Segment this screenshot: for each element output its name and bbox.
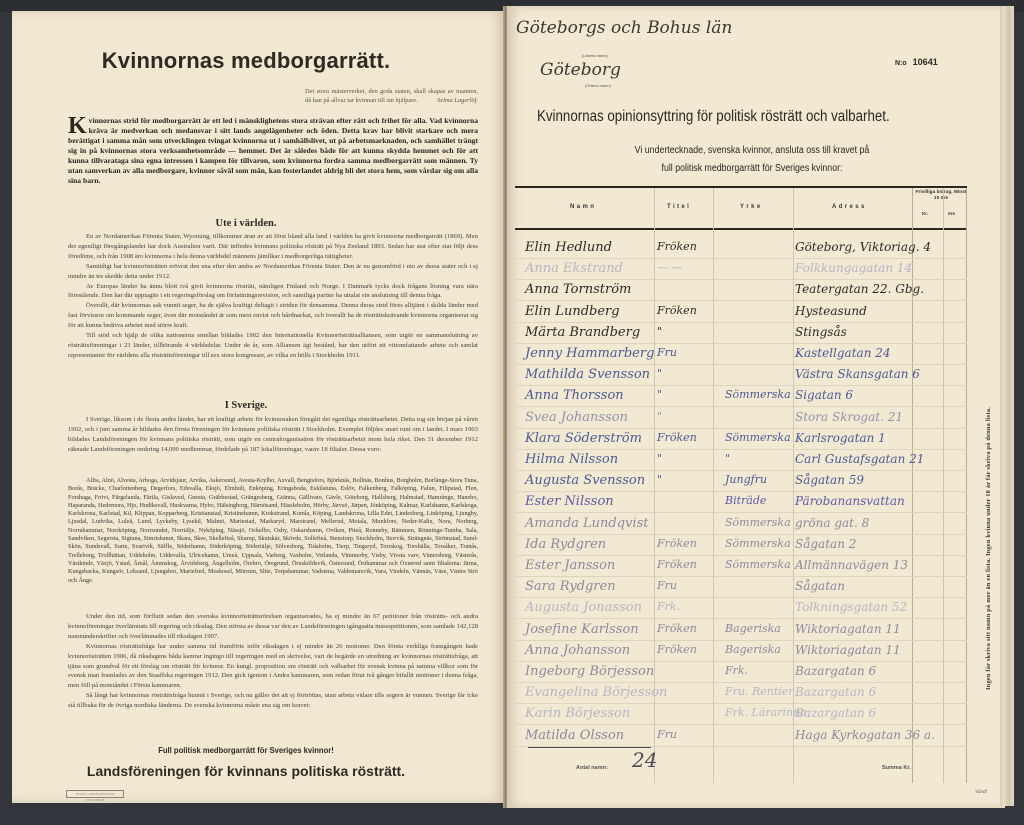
section-heading-sweden: I Sverige. — [0, 400, 492, 411]
signer-occupation: Jungfru — [725, 473, 767, 486]
city-label: (Ortens namn) — [585, 83, 611, 88]
sum-label: Summa Kr. — [882, 765, 911, 771]
signer-address: Allmännavägen 13 — [795, 558, 908, 572]
footer-organization-title: Landsföreningen för kvinnans politiska r… — [0, 763, 492, 779]
signer-address: Bazargatan 6 — [795, 706, 876, 720]
signer-address: Kastellgatan 24 — [795, 346, 891, 360]
signer-title: " — [657, 388, 662, 401]
signer-occupation: Sömmerska — [725, 516, 791, 529]
signer-name: Jenny Hammarberg — [525, 346, 654, 361]
paragraph: Överallt, där kvinnornas sak vunnit sege… — [68, 301, 478, 331]
signer-name: Svea Johansson — [525, 410, 628, 425]
signature-row: Anna Ekstrand— —Folkkungagatan 14 — [515, 259, 985, 281]
signer-name: Sara Rydgren — [525, 579, 616, 594]
signer-address: Sågatan 59 — [795, 473, 864, 487]
section-sweden-body-continued: Under den tid, som förflutit sedan den s… — [68, 612, 478, 711]
signer-address: Haga Kyrkogatan 36 a. — [795, 728, 935, 742]
signer-title: " — [657, 325, 662, 338]
printer-stamp: TRYCKT I IDUNS TRYCKERI STOCKHOLM — [66, 790, 124, 798]
signer-name: Evangelina Börjesson — [525, 685, 667, 700]
signer-address: Sigatan 6 — [795, 388, 853, 402]
turn-page-label: Vänd! — [975, 790, 987, 795]
signer-name: Anna Johansson — [525, 643, 630, 658]
signer-name: Märta Brandberg — [525, 325, 640, 340]
pledge-line-2: full politisk medborgarrätt för Sveriges… — [541, 163, 963, 174]
signer-title: Fröken — [657, 643, 697, 656]
petition-title: Kvinnornas opinionsyttring för politisk … — [537, 108, 890, 126]
drop-cap: K — [68, 116, 87, 136]
section-world-body: En av Nordamerikas Förenta Stater, Wyomi… — [68, 232, 478, 361]
motto-quote: Det stora mästerverket, den goda staten,… — [305, 88, 478, 105]
signer-occupation: " — [725, 452, 730, 465]
signer-title: Fru — [657, 579, 677, 592]
signer-address: Folkkungagatan 14 — [795, 261, 912, 275]
vertical-side-note: Ingen får skriva sitt namn på mer än en … — [985, 407, 992, 690]
signature-row: Jenny HammarbergFruKastellgatan 24 — [515, 344, 985, 366]
signer-address: Stingsås — [795, 325, 847, 339]
paragraph: Samtidigt har kvinnorösträtten erövrat d… — [68, 262, 478, 282]
count-value: 24 — [632, 748, 657, 772]
signer-title: Frk. — [657, 600, 680, 613]
city-handwritten: Göteborg — [540, 60, 621, 80]
signer-name: Augusta Jonasson — [525, 600, 642, 615]
signer-name: Hilma Nilsson — [525, 452, 618, 467]
signer-name: Anna Tornström — [525, 282, 631, 297]
signer-name: Ester Nilsson — [525, 494, 614, 509]
slogan: Full politisk medborgarrätt för Sveriges… — [25, 745, 468, 755]
signer-name: Elin Hedlund — [525, 240, 612, 255]
signature-row: Anna TornströmTeatergatan 22. Gbg. — [515, 280, 985, 302]
signature-row: Sara RydgrenFruSågatan — [515, 577, 985, 599]
signer-occupation: Biträde — [725, 494, 766, 507]
signer-address: Teatergatan 22. Gbg. — [795, 282, 924, 296]
signer-name: Amanda Lundqvist — [525, 516, 648, 531]
signature-row: Amanda LundqvistSömmerskagröna gat. 8 — [515, 514, 985, 536]
signature-row: Matilda OlssonFruHaga Kyrkogatan 36 a. — [515, 726, 985, 748]
signer-title: " — [657, 452, 662, 465]
signature-row: Ester NilssonBiträdePärobanansvattan — [515, 492, 985, 514]
signer-name: Matilda Olsson — [525, 728, 624, 743]
signature-row: Augusta JonassonFrk.Tolkningsgatan 52 — [515, 598, 985, 620]
signer-occupation: Sömmerska — [725, 537, 791, 550]
signer-title: — — — [657, 261, 683, 274]
signer-address: Bazargatan 6 — [795, 664, 876, 678]
signer-name: Ester Jansson — [525, 558, 615, 573]
section-heading-world: Ute i världen. — [0, 218, 492, 229]
signer-title: Fröken — [657, 537, 697, 550]
signer-title: Fröken — [657, 240, 697, 253]
signer-name: Josefine Karlsson — [525, 622, 639, 637]
signer-address: Wiktoriagatan 11 — [795, 622, 901, 636]
signer-name: Elin Lundberg — [525, 304, 620, 319]
signature-row: Elin LundbergFrökenHysteasund — [515, 302, 985, 324]
signer-title: Fröken — [657, 304, 697, 317]
signature-row: Karin BörjessonFrk. LärarinnaBazargatan … — [515, 704, 985, 726]
signature-row: Anna JohanssonFrökenBageriskaWiktoriagat… — [515, 641, 985, 663]
signature-row: Ida RydgrenFrökenSömmerskaSågatan 2 — [515, 535, 985, 557]
signer-address: Västra Skansgatan 6 — [795, 367, 920, 381]
signer-occupation: Frk. — [725, 664, 748, 677]
signature-row: Svea Johansson"Stora Skrogat. 21 — [515, 408, 985, 430]
signer-name: Ida Rydgren — [525, 537, 606, 552]
paragraph: Till stöd och hjälp de olika nationerna … — [68, 331, 478, 361]
page-edges — [1000, 6, 1014, 806]
signer-occupation: Sömmerska — [725, 558, 791, 571]
signature-row: Klara SöderströmFrökenSömmerskaKarlsroga… — [515, 429, 985, 451]
paragraph: En av Nordamerikas Förenta Stater, Wyomi… — [68, 232, 478, 262]
paragraph: Under den tid, som förflutit sedan den s… — [68, 612, 478, 642]
signer-occupation: Sömmerska — [725, 388, 791, 401]
signer-address: Stora Skrogat. 21 — [795, 410, 903, 424]
signer-name: Anna Thorsson — [525, 388, 624, 403]
column-header-address: Adress — [832, 204, 867, 210]
signer-address: Sågatan 2 — [795, 537, 856, 551]
signer-address: gröna gat. 8 — [795, 516, 869, 530]
column-header-title: Titel — [667, 204, 691, 210]
list-number: N:o10641 — [895, 57, 938, 67]
count-label: Antal namn: — [576, 765, 608, 771]
signer-title: Fru — [657, 728, 677, 741]
signer-occupation: Fru. Rentier — [725, 685, 794, 698]
signature-row: Anna Thorsson"SömmerskaSigatan 6 — [515, 386, 985, 408]
number-value: 10641 — [913, 57, 938, 67]
signature-row: Ingeborg BörjessonFrk.Bazargatan 6 — [515, 662, 985, 684]
signer-title: " — [657, 367, 662, 380]
column-header-kr: Kr. — [922, 211, 928, 216]
table-top-rule — [515, 186, 967, 188]
signature-row: Hilma Nilsson""Carl Gustafsgatan 21 — [515, 450, 985, 472]
left-page-title: Kvinnornas medborgarrätt. — [0, 48, 492, 74]
signer-name: Augusta Svensson — [525, 473, 645, 488]
signer-name: Mathilda Svensson — [525, 367, 650, 382]
signature-row: Elin HedlundFrökenGöteborg, Viktoriag. 4 — [515, 238, 985, 260]
signer-address: Tolkningsgatan 52 — [795, 600, 907, 614]
signer-name: Ingeborg Börjesson — [525, 664, 654, 679]
signature-row: Evangelina BörjessonFru. RentierBazargat… — [515, 683, 985, 705]
county-handwritten: Göteborgs och Bohus län — [516, 18, 732, 38]
signer-address: Carl Gustafsgatan 21 — [795, 452, 924, 466]
signer-address: Wiktoriagatan 11 — [795, 643, 901, 657]
signature-row: Augusta Svensson"JungfruSågatan 59 — [515, 471, 985, 493]
signer-title: Fröken — [657, 622, 697, 635]
signer-address: Göteborg, Viktoriag. 4 — [795, 240, 931, 254]
motto-author: Selma Lagerlöf. — [437, 97, 478, 106]
table-header-rule — [515, 228, 967, 230]
signer-address: Karlsrogatan 1 — [795, 431, 886, 445]
signature-row: Josefine KarlssonFrökenBageriskaWiktoria… — [515, 620, 985, 642]
signer-name: Klara Söderström — [525, 431, 642, 446]
column-header-contribution: Frivilliga bidrag. Minst 10 öre — [913, 190, 969, 202]
intro-text: vinnornas strid för medborgarrätt är ett… — [68, 116, 478, 185]
column-header-name: Namn — [570, 204, 596, 210]
paragraph: Så långt har kvinnornas rösträttsfråga h… — [68, 691, 478, 711]
signer-title: " — [657, 473, 662, 486]
signer-address: Pärobanansvattan — [795, 494, 905, 508]
intro-paragraph: Kvinnornas strid för medborgarrätt är et… — [68, 116, 478, 186]
signer-title: " — [657, 410, 662, 423]
column-header-occupation: Yrke — [740, 204, 763, 210]
signer-title: Fröken — [657, 558, 697, 571]
signer-title: Fröken — [657, 431, 697, 444]
paragraph: I Sverige, liksom i de flesta andra länd… — [68, 415, 478, 455]
association-places-list: Alfta, Alnö, Alvesta, Arboga, Arvidsjaur… — [68, 477, 478, 585]
column-header-ore: öre — [948, 211, 955, 216]
signer-occupation: Bageriska — [725, 622, 781, 635]
signer-name: Karin Börjesson — [525, 706, 630, 721]
number-label: N:o — [895, 60, 907, 67]
signature-row: Mathilda Svensson"Västra Skansgatan 6 — [515, 365, 985, 387]
signature-row: Märta Brandberg"Stingsås — [515, 323, 985, 345]
signer-title: Fru — [657, 346, 677, 359]
signature-row: Ester JanssonFrökenSömmerskaAllmännaväge… — [515, 556, 985, 578]
paragraph: Av Europas länder ha ännu blott två givi… — [68, 282, 478, 302]
signer-address: Hysteasund — [795, 304, 867, 318]
pledge-line-1: Vi undertecknade, svenska kvinnor, anslu… — [541, 145, 963, 156]
signer-occupation: Bageriska — [725, 643, 781, 656]
county-label: (Länets namn) — [582, 53, 608, 58]
signer-address: Sågatan — [795, 579, 845, 593]
signer-occupation: Sömmerska — [725, 431, 791, 444]
signer-address: Bazargatan 6 — [795, 685, 876, 699]
paragraph: Kvinnornas rösträttsfråga har under samm… — [68, 642, 478, 692]
section-sweden-body: I Sverige, liksom i de flesta andra länd… — [68, 415, 478, 455]
signer-name: Anna Ekstrand — [525, 261, 623, 276]
